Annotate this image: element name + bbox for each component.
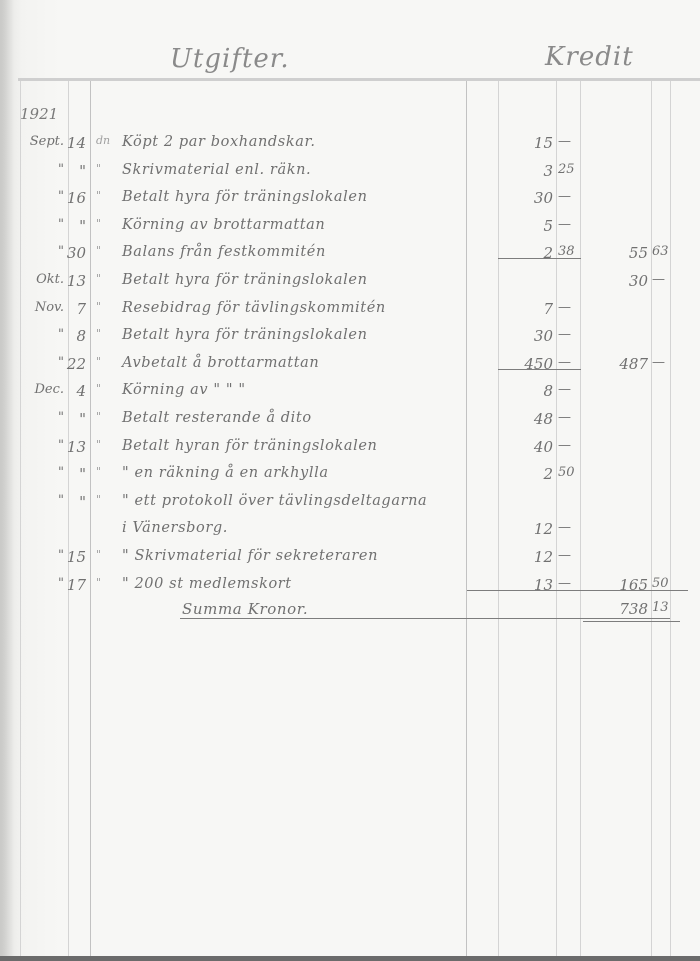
entry-ditto: " xyxy=(96,217,110,230)
entry-day: 4 xyxy=(66,382,86,400)
entry-day: 7 xyxy=(66,300,86,318)
entry-debit-ore: — xyxy=(558,520,578,535)
total-credit-ore: 13 xyxy=(652,600,670,615)
entry-debit-kr: 12 xyxy=(498,520,553,538)
ledger-row: " " " Körning av brottarmattan 5 — xyxy=(0,213,700,239)
entry-day: " xyxy=(66,465,86,483)
entry-credit-kr: 30 xyxy=(582,272,648,290)
entry-debit-ore: 25 xyxy=(558,162,578,177)
entry-day: 16 xyxy=(66,189,86,207)
ledger-row: i Vänersborg. 12 — xyxy=(0,516,700,542)
entry-ditto: " xyxy=(96,162,110,175)
subtotal-rule-sept xyxy=(498,258,581,259)
ledger-row: " " " Betalt resterande å dito 48 — xyxy=(0,406,700,432)
entry-description: Körning av " " " xyxy=(122,382,246,398)
ledger-row: " 17 " " 200 st medlemskort 13 — 165 50 xyxy=(0,572,700,598)
entry-month: " xyxy=(18,217,64,232)
ledger-row: " " " " en räkning å en arkhylla 2 50 xyxy=(0,461,700,487)
entry-ditto: dn xyxy=(96,134,110,147)
entry-description: Betalt hyra för träningslokalen xyxy=(122,327,368,343)
subtotal-rule-dec xyxy=(467,590,581,591)
entry-debit-kr: 12 xyxy=(498,548,553,566)
ledger-row: " " " " ett protokoll över tävlingsdelta… xyxy=(0,489,700,515)
entry-description: " Skrivmaterial för sekreteraren xyxy=(122,548,378,564)
entry-debit-kr: 15 xyxy=(498,134,553,152)
entry-debit-ore: — xyxy=(558,300,578,315)
entry-description: Skrivmaterial enl. räkn. xyxy=(122,162,311,178)
entry-month: Dec. xyxy=(18,382,64,397)
entry-description: Betalt hyran för träningslokalen xyxy=(122,438,377,454)
entry-month: " xyxy=(18,576,64,591)
ledger-row: Dec. 4 " Körning av " " " 8 — xyxy=(0,378,700,404)
entry-description: Betalt hyra för träningslokalen xyxy=(122,189,368,205)
entry-description: Betalt resterande å dito xyxy=(122,410,312,426)
entry-debit-ore: — xyxy=(558,355,578,370)
entry-description: Avbetalt å brottarmattan xyxy=(122,355,319,371)
ledger-row: " 22 " Avbetalt å brottarmattan 450 — 48… xyxy=(0,351,700,377)
entry-debit-ore: — xyxy=(558,576,578,591)
ledger-row: Nov. 7 " Resebidrag för tävlingskommitén… xyxy=(0,296,700,322)
entry-debit-ore: — xyxy=(558,438,578,453)
entry-ditto: " xyxy=(96,382,110,395)
header-rule xyxy=(18,78,700,81)
total-row: Summa Kronor. 738 13 xyxy=(0,596,700,622)
entry-debit-kr: 2 xyxy=(498,465,553,483)
entry-debit-kr: 5 xyxy=(498,217,553,235)
entry-month: " xyxy=(18,410,64,425)
entry-debit-ore: — xyxy=(558,548,578,563)
ledger-row: " 15 " " Skrivmaterial för sekreteraren … xyxy=(0,544,700,570)
entry-day: " xyxy=(66,162,86,180)
entry-debit-kr: 40 xyxy=(498,438,553,456)
entry-ditto: " xyxy=(96,410,110,423)
entry-credit-ore: 63 xyxy=(652,244,670,259)
entry-credit-ore: — xyxy=(652,272,670,287)
entry-day: 13 xyxy=(66,438,86,456)
entry-debit-kr: 30 xyxy=(498,327,553,345)
entry-month: Nov. xyxy=(18,300,64,315)
entry-debit-kr: 2 xyxy=(498,244,553,262)
entry-ditto: " xyxy=(96,355,110,368)
entry-debit-kr: 3 xyxy=(498,162,553,180)
entry-debit-ore: — xyxy=(558,134,578,149)
subtotal-rule-nov xyxy=(498,369,581,370)
ledger-row: " " " Skrivmaterial enl. räkn. 3 25 xyxy=(0,158,700,184)
entry-month: " xyxy=(18,355,64,370)
entry-description: Balans från festkommitén xyxy=(122,244,326,260)
entry-description: Körning av brottarmattan xyxy=(122,217,325,233)
entry-month: " xyxy=(18,162,64,177)
entry-day: 8 xyxy=(66,327,86,345)
entry-month: " xyxy=(18,327,64,342)
entry-description: " ett protokoll över tävlingsdeltagarna xyxy=(122,493,427,509)
ledger-row: " 30 " Balans från festkommitén 2 38 55 … xyxy=(0,240,700,266)
entry-ditto: " xyxy=(96,300,110,313)
entry-month: Okt. xyxy=(18,272,64,287)
entry-day: 15 xyxy=(66,548,86,566)
entry-debit-kr: 30 xyxy=(498,189,553,207)
entry-credit-kr: 55 xyxy=(582,244,648,262)
ledger-row: " 13 " Betalt hyran för träningslokalen … xyxy=(0,434,700,460)
entry-ditto: " xyxy=(96,189,110,202)
entry-month: " xyxy=(18,465,64,480)
page-bottom-edge xyxy=(0,956,700,961)
total-credit-kr: 738 xyxy=(582,600,648,618)
entry-day: 14 xyxy=(66,134,86,152)
entry-debit-ore: — xyxy=(558,327,578,342)
entry-month: " xyxy=(18,548,64,563)
ledger-row: " 8 " Betalt hyra för träningslokalen 30… xyxy=(0,323,700,349)
entry-description: " en räkning å en arkhylla xyxy=(122,465,329,481)
ledger-page: Utgifter. Kredit 1921 Sept. 14 dn Köpt 2… xyxy=(0,0,700,961)
entry-debit-ore: — xyxy=(558,382,578,397)
entry-day: 13 xyxy=(66,272,86,290)
entry-day: " xyxy=(66,493,86,511)
header-credit-title: Kredit xyxy=(545,42,634,72)
credit-total-rule xyxy=(580,590,688,591)
entry-debit-ore: — xyxy=(558,217,578,232)
entry-month: " xyxy=(18,189,64,204)
entry-ditto: " xyxy=(96,438,110,451)
ledger-row: " 16 " Betalt hyra för träningslokalen 3… xyxy=(0,185,700,211)
entry-debit-ore: 50 xyxy=(558,465,578,480)
ledger-year: 1921 xyxy=(20,105,58,123)
entry-day: " xyxy=(66,410,86,428)
entry-description: Betalt hyra för träningslokalen xyxy=(122,272,368,288)
entry-description: Resebidrag för tävlingskommitén xyxy=(122,300,386,316)
entry-debit-kr: 48 xyxy=(498,410,553,428)
entry-debit-kr: 7 xyxy=(498,300,553,318)
entry-month: " xyxy=(18,493,64,508)
entry-ditto: " xyxy=(96,465,110,478)
entry-description: i Vänersborg. xyxy=(122,520,228,536)
ledger-row: Okt. 13 " Betalt hyra för träningslokale… xyxy=(0,268,700,294)
entry-ditto: " xyxy=(96,327,110,340)
entry-day: 22 xyxy=(66,355,86,373)
entry-day: 17 xyxy=(66,576,86,594)
entry-credit-ore: — xyxy=(652,355,670,370)
entry-debit-ore: — xyxy=(558,189,578,204)
entry-day: " xyxy=(66,217,86,235)
entry-description: " 200 st medlemskort xyxy=(122,576,292,592)
entry-month: " xyxy=(18,244,64,259)
total-label: Summa Kronor. xyxy=(182,600,308,618)
entry-ditto: " xyxy=(96,493,110,506)
entry-debit-ore: — xyxy=(558,410,578,425)
entry-credit-ore: 50 xyxy=(652,576,670,591)
entry-day: 30 xyxy=(66,244,86,262)
ledger-row: Sept. 14 dn Köpt 2 par boxhandskar. 15 — xyxy=(0,130,700,156)
entry-month: Sept. xyxy=(18,134,64,149)
entry-ditto: " xyxy=(96,576,110,589)
entry-ditto: " xyxy=(96,548,110,561)
entry-debit-kr: 8 xyxy=(498,382,553,400)
entry-description: Köpt 2 par boxhandskar. xyxy=(122,134,316,150)
entry-ditto: " xyxy=(96,244,110,257)
entry-credit-kr: 487 xyxy=(582,355,648,373)
entry-debit-kr: 450 xyxy=(498,355,553,373)
entry-month: " xyxy=(18,438,64,453)
entry-ditto: " xyxy=(96,272,110,285)
header-expenses-title: Utgifter. xyxy=(170,44,290,74)
